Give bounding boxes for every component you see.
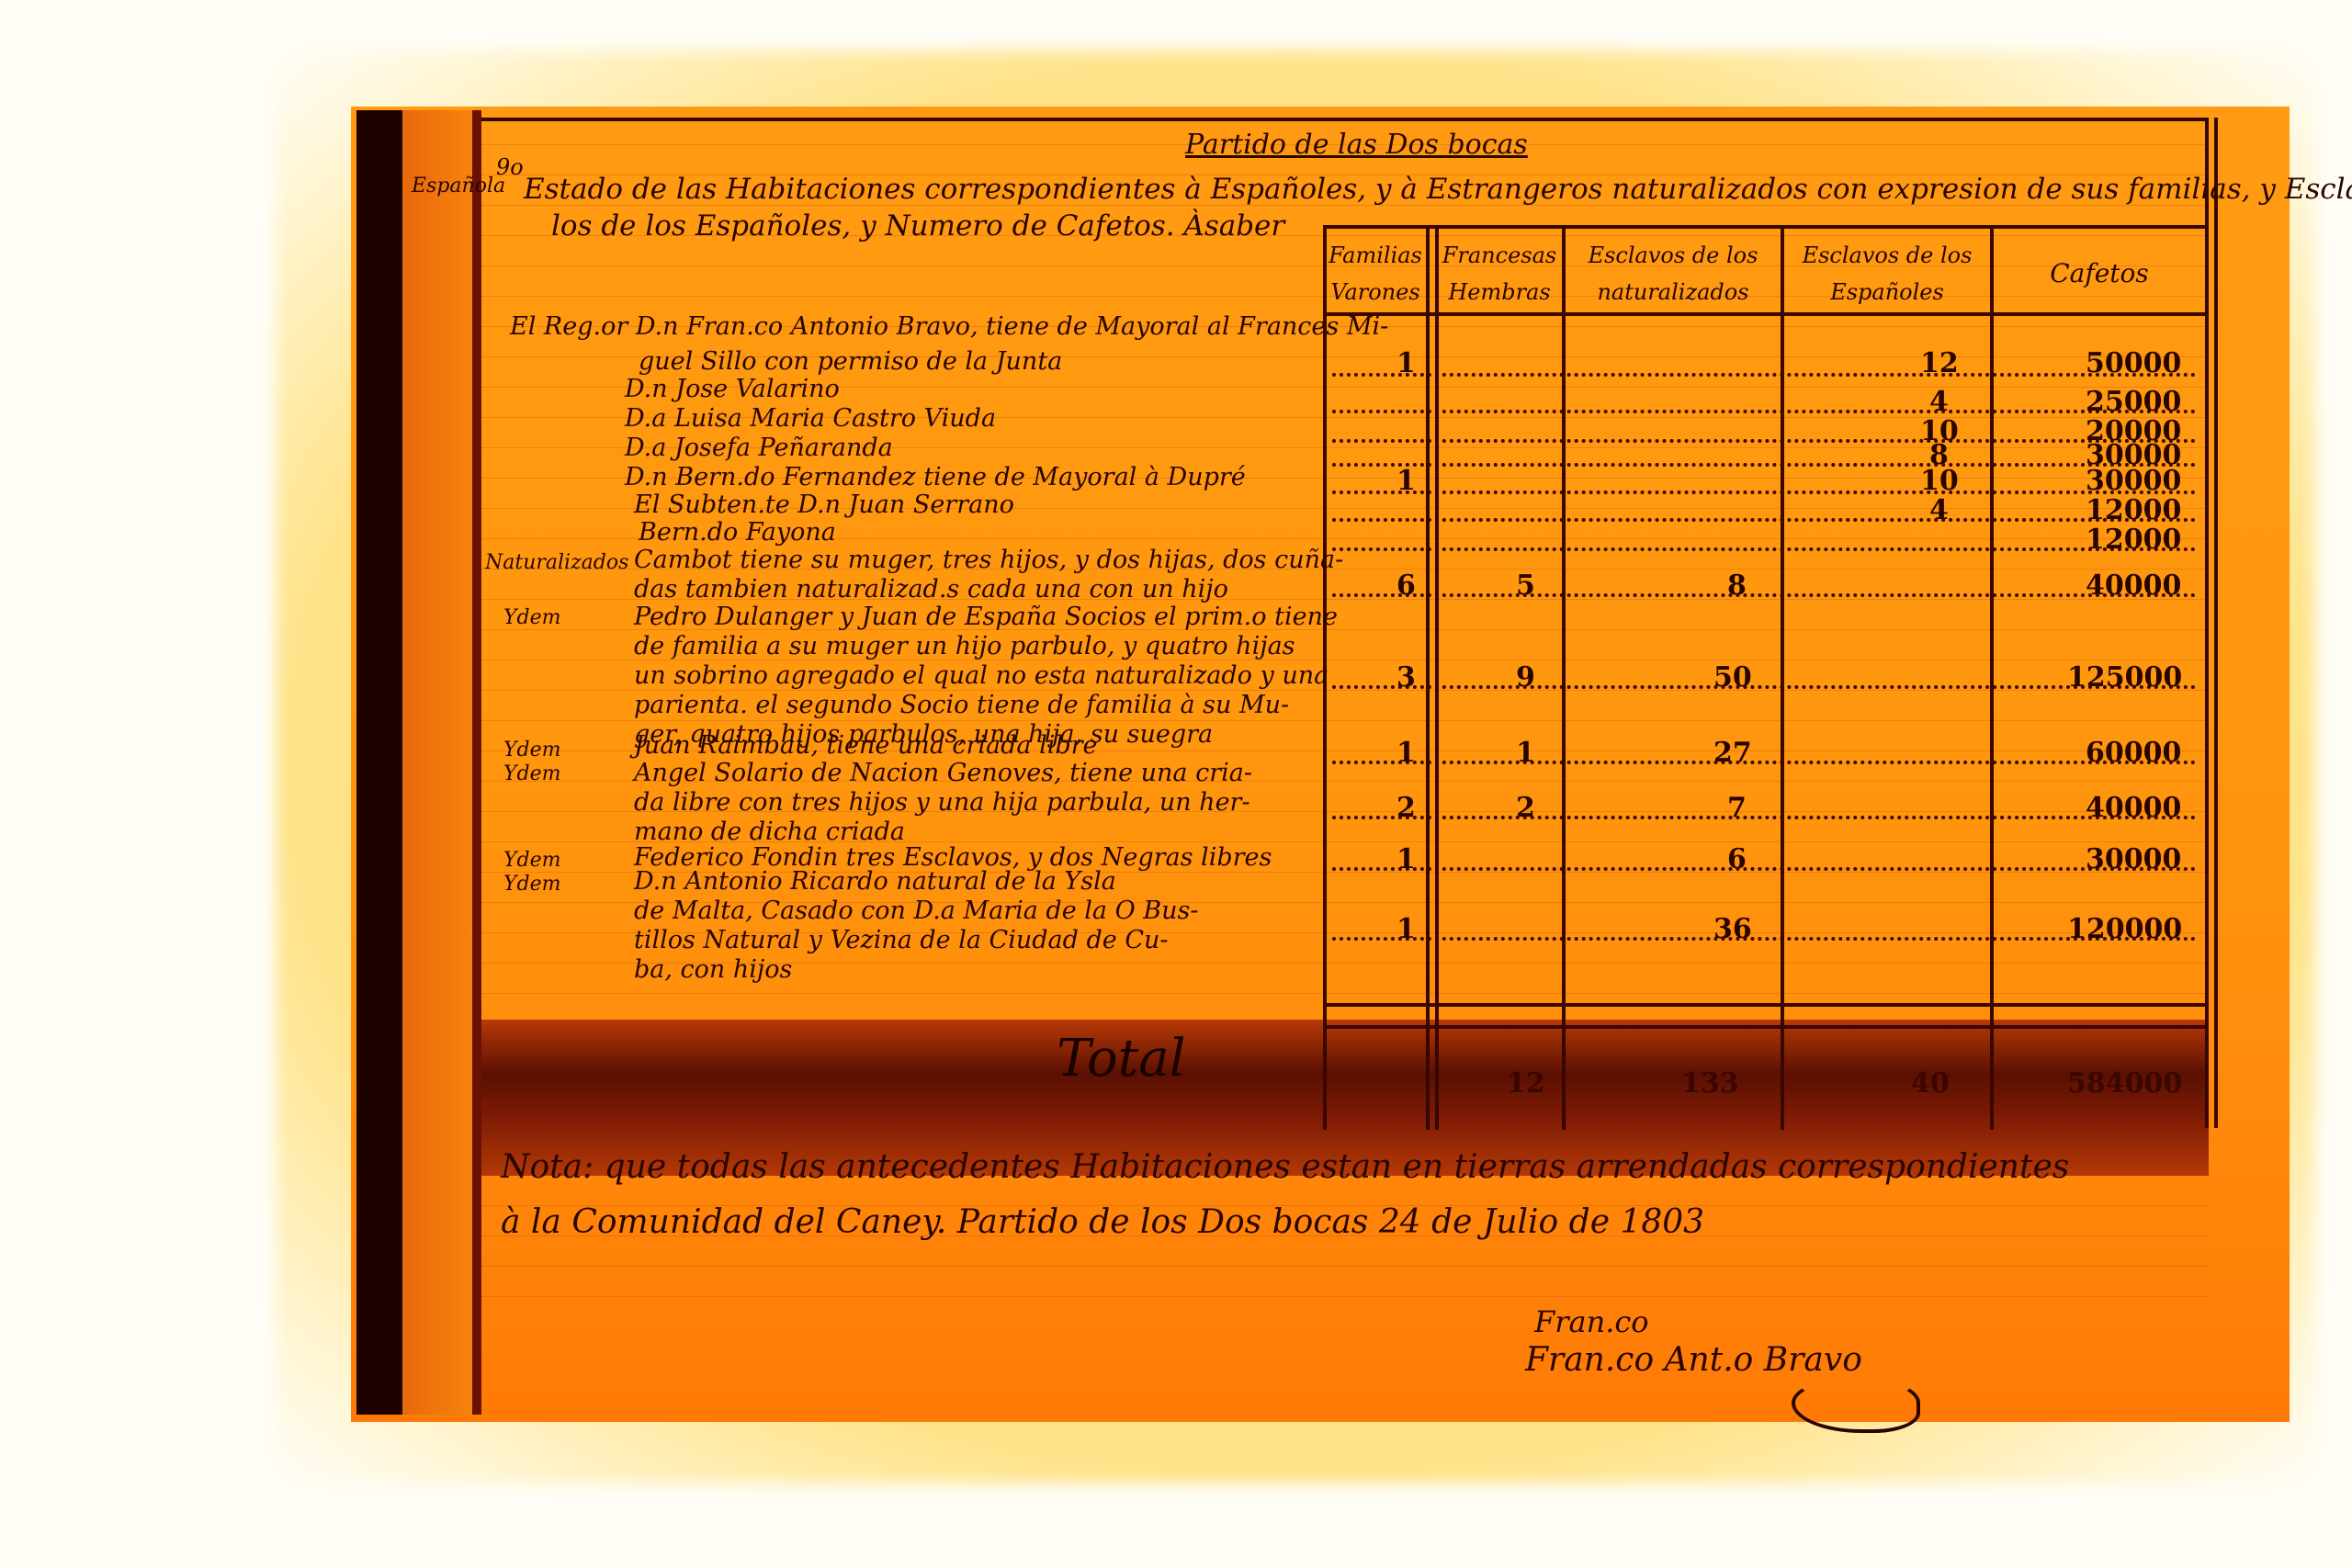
entry-line: Juan Raimbau, tiene una criada libre <box>634 731 1098 760</box>
entry-line: Cambot tiene su muger, tres hijos, y dos… <box>634 546 1343 574</box>
column-header-francesas-hembras: Francesas Hembras <box>1437 237 1562 310</box>
leader-dots <box>1332 439 2196 443</box>
total-esclavos-naturalizados: 133 <box>1681 1067 1739 1100</box>
leader-dots <box>1332 463 2196 467</box>
leader-dots <box>1332 761 2196 764</box>
binding-spine <box>356 110 402 1415</box>
leader-dots <box>1332 491 2196 494</box>
table-bottom-rule <box>1323 1003 2209 1007</box>
entry-prefix: Naturalizados <box>485 551 628 574</box>
entry-line: D.a Josefa Peñaranda <box>625 434 893 462</box>
note-line-1: Nota: que todas las antecedentes Habitac… <box>501 1148 2069 1186</box>
entry-line: Angel Solario de Nacion Genoves, tiene u… <box>634 759 1252 787</box>
frame-top <box>481 118 2209 121</box>
left-margin <box>402 110 476 1415</box>
signature-line-1: Fran.co <box>1534 1304 1649 1339</box>
entry-line: ba, con hijos <box>634 955 792 984</box>
heading-line-2: los de los Españoles, y Numero de Cafeto… <box>551 209 1284 243</box>
col-line-1 <box>1426 225 1430 1130</box>
frame-heading-rule <box>1323 225 2209 229</box>
entry-line: D.a Luisa Maria Castro Viuda <box>625 404 996 433</box>
heading-number: 9o <box>496 154 524 180</box>
entry-line: Pedro Dulanger y Juan de España Socios e… <box>634 603 1338 631</box>
col-line-1b <box>1435 225 1439 1130</box>
entry-line: de Malta, Casado con D.a Maria de la O B… <box>634 897 1199 925</box>
entry-line: das tambien naturalizad.s cada una con u… <box>634 575 1228 604</box>
entry-line: D.n Bern.do Fernandez tiene de Mayoral à… <box>625 463 1246 491</box>
col-line-4 <box>1990 225 1994 1130</box>
entry-line: da libre con tres hijos y una hija parbu… <box>634 788 1250 817</box>
heading-line-1: Estado de las Habitaciones correspondien… <box>524 173 2352 206</box>
entry-prefix: Ydem <box>503 762 561 785</box>
entry-prefix: Ydem <box>503 849 561 872</box>
frame-right-2 <box>2214 118 2218 1128</box>
total-label: Total <box>1057 1029 1186 1089</box>
entry-line: de familia a su muger un hijo parbulo, y… <box>634 632 1295 660</box>
entry-line: D.n Antonio Ricardo natural de la Ysla <box>634 867 1116 896</box>
entry-line: D.n Jose Valarino <box>625 375 840 403</box>
col-line-3 <box>1781 225 1784 1130</box>
entry-line: un sobrino agregado el qual no esta natu… <box>634 661 1329 690</box>
total-cafetos: 584000 <box>2067 1067 2182 1100</box>
leader-dots <box>1332 518 2196 522</box>
col-line-2 <box>1562 225 1566 1130</box>
total-familias: 12 <box>1507 1067 1545 1100</box>
entry-line: El Reg.or D.n Fran.co Antonio Bravo, tie… <box>510 312 1388 341</box>
entry-prefix: Ydem <box>503 739 561 761</box>
column-header-familias-varones: Familias Varones <box>1325 237 1426 310</box>
document-title: Partido de las Dos bocas <box>1185 129 1528 161</box>
leader-dots <box>1332 685 2196 689</box>
signature: Fran.co Ant.o Bravo <box>1525 1341 1862 1379</box>
leader-dots <box>1332 867 2196 871</box>
entry-line: El Subten.te D.n Juan Serrano <box>634 491 1014 519</box>
column-header-esclavos-espanoles: Esclavos de los Españoles <box>1784 237 1990 310</box>
total-esclavos-espanoles: 40 <box>1911 1067 1950 1100</box>
frame-right <box>2205 118 2209 1128</box>
header-bottom-rule <box>1323 312 2209 316</box>
leader-dots <box>1332 547 2196 551</box>
leader-dots <box>1332 593 2196 597</box>
entry-line: guel Sillo con permiso de la Junta <box>639 347 1062 376</box>
column-header-cafetos: Cafetos <box>1994 255 2205 292</box>
leader-dots <box>1332 816 2196 819</box>
entry-line: parienta. el segundo Socio tiene de fami… <box>634 691 1289 719</box>
entry-prefix: Ydem <box>503 873 561 896</box>
column-header-esclavos-naturalizados: Esclavos de los naturalizados <box>1566 237 1781 310</box>
leader-dots <box>1332 410 2196 413</box>
leader-dots <box>1332 937 2196 941</box>
note-line-2: à la Comunidad del Caney. Partido de los… <box>501 1203 1704 1241</box>
entry-line: mano de dicha criada <box>634 818 905 846</box>
margin-note: Española <box>412 175 505 197</box>
leader-dots <box>1332 373 2196 377</box>
entry-prefix: Ydem <box>503 606 561 629</box>
entry-line: Bern.do Fayona <box>639 518 836 547</box>
margin-rule <box>472 110 481 1415</box>
entry-line: tillos Natural y Vezina de la Ciudad de … <box>634 926 1169 954</box>
total-top-rule <box>1323 1025 2209 1029</box>
